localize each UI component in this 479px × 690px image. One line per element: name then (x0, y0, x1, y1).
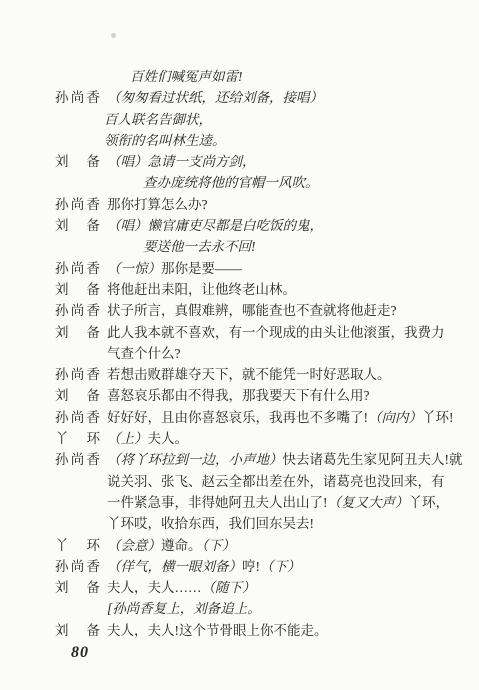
line-text: 要送他一去永不回! (55, 236, 440, 257)
dialogue-text: 丫环哎，收拾东西，我们回东吴去! (107, 516, 314, 531)
script-line: 孙尚香那你打算怎么办? (55, 194, 440, 215)
script-line: 刘 备此人我本就不喜欢，有一个现成的由头让他滚蛋，我费力 (55, 322, 440, 343)
line-text: （唱）懒官庸吏尽都是白吃饭的鬼， (107, 215, 440, 236)
script-line: 丫 环（会意）遵命。（下） (55, 535, 440, 556)
line-text: 查办庞统将他的官帽一风吹。 (55, 172, 440, 193)
dialogue-text: 遵命。 (161, 538, 202, 553)
line-text: 将他赶出耒阳，让他终老山林。 (107, 279, 440, 300)
script-line: 丫环哎，收拾东西，我们回东吴去! (55, 513, 440, 534)
dialogue-text: 好好好，且由你喜怒哀乐，我再也不多嘴了! (107, 410, 368, 425)
script-line: 孙尚香（匆匆看过状纸，还给刘备，接唱） (55, 87, 440, 108)
stage-direction: （唱） (107, 154, 148, 169)
dialogue-text: 那你打算怎么办? (107, 197, 208, 212)
script-line: 要送他一去永不回! (55, 236, 440, 257)
line-text: 百人联名告御状， (55, 109, 440, 130)
script-line: 刘 备（唱）急请一支尚方剑， (55, 151, 440, 172)
sung-lyric: 懒官庸吏尽都是白吃饭的鬼， (148, 218, 324, 233)
line-text: （唱）急请一支尚方剑， (107, 151, 440, 172)
script-line: 刘 备（唱）懒官庸吏尽都是白吃饭的鬼， (55, 215, 440, 236)
dialogue-text: 那你是要—— (161, 261, 242, 276)
speaker-name: 刘 备 (55, 620, 101, 641)
script-line: 查办庞统将他的官帽一风吹。 (55, 172, 440, 193)
line-text: [孙尚香复上，刘备追上。 (55, 598, 440, 619)
print-artifact (111, 33, 116, 38)
line-text: （佯气，横一眼刘备）哼!（下） (107, 556, 440, 577)
dialogue-text: 哼! (242, 559, 260, 574)
dialogue-text: 丫环， (409, 495, 450, 510)
sung-lyric: 要送他一去永不回! (143, 239, 256, 254)
line-text: 夫人，夫人!这个节骨眼上你不能走。 (107, 620, 440, 641)
line-text: 若想击败群雄夺天下，就不能凭一时好恶取人。 (107, 364, 440, 385)
stage-direction: （将丫环拉到一边，小声地） (107, 452, 283, 467)
dialogue-text: 夫人。 (148, 431, 189, 446)
dialogue-text: 夫人，夫人!这个节骨眼上你不能走。 (107, 623, 328, 638)
stage-direction: （复又大声） (328, 495, 409, 510)
script-line: 领衔的名叫林生逵。 (55, 130, 440, 151)
sung-lyric: 急请一支尚方剑， (148, 154, 256, 169)
stage-direction: [孙尚香复上，刘备追上。 (107, 601, 261, 616)
dialogue-text: 气查个什么? (107, 346, 181, 361)
sung-lyric: 查办庞统将他的官帽一风吹。 (143, 175, 319, 190)
speaker-name: 刘 备 (55, 322, 101, 343)
stage-direction: （下） (260, 559, 301, 574)
line-text: 那你打算怎么办? (107, 194, 440, 215)
speaker-name: 刘 备 (55, 215, 101, 236)
stage-direction: （匆匆看过状纸，还给刘备，接唱） (107, 90, 323, 105)
dialogue-text: 将他赶出耒阳，让他终老山林。 (107, 282, 296, 297)
script-line: [孙尚香复上，刘备追上。 (55, 598, 440, 619)
sung-lyric: 领衔的名叫林生逵。 (104, 133, 226, 148)
speaker-name: 孙尚香 (55, 364, 101, 385)
line-text: 一件紧急事，非得她阿丑夫人出山了!（复又大声）丫环， (55, 492, 449, 513)
dialogue-text: 说关羽、张飞、赵云全都出差在外，诸葛亮也没回来，有 (107, 474, 445, 489)
speaker-name: 孙尚香 (55, 87, 101, 108)
stage-direction: （上） (107, 431, 148, 446)
script-line: 孙尚香状子所言，真假难辨，哪能查也不查就将他赶走? (55, 300, 440, 321)
line-text: （一惊）那你是要—— (107, 258, 440, 279)
line-text: 状子所言，真假难辨，哪能查也不查就将他赶走? (107, 300, 440, 321)
page-number: 80 (71, 644, 89, 662)
line-text: 夫人，夫人……（随下） (107, 577, 440, 598)
dialogue-text: 快去诸葛先生家见阿丑夫人!就 (283, 452, 463, 467)
line-text: （匆匆看过状纸，还给刘备，接唱） (107, 87, 440, 108)
script-line: 刘 备夫人，夫人……（随下） (55, 577, 440, 598)
line-text: （会意）遵命。（下） (107, 535, 440, 556)
script-line: 刘 备喜怒哀乐都由不得我，那我要天下有什么用? (55, 385, 440, 406)
sung-lyric: 百姓们喊冤声如雷! (130, 69, 243, 84)
line-text: 好好好，且由你喜怒哀乐，我再也不多嘴了!（向内）丫环! (107, 407, 454, 428)
dialogue-text: 一件紧急事，非得她阿丑夫人出山了! (107, 495, 328, 510)
speaker-name: 孙尚香 (55, 556, 101, 577)
script-line: 刘 备将他赶出耒阳，让他终老山林。 (55, 279, 440, 300)
dialogue-text: 喜怒哀乐都由不得我，那我要天下有什么用? (107, 388, 370, 403)
script-line: 孙尚香（一惊）那你是要—— (55, 258, 440, 279)
speaker-name: 孙尚香 (55, 407, 101, 428)
dialogue-text: 状子所言，真假难辨，哪能查也不查就将他赶走? (107, 303, 397, 318)
stage-direction: （随下） (202, 580, 256, 595)
script-page: 百姓们喊冤声如雷!孙尚香（匆匆看过状纸，还给刘备，接唱）百人联名告御状，领衔的名… (55, 66, 440, 641)
line-text: 此人我本就不喜欢，有一个现成的由头让他滚蛋，我费力 (107, 322, 445, 343)
script-lines: 百姓们喊冤声如雷!孙尚香（匆匆看过状纸，还给刘备，接唱）百人联名告御状，领衔的名… (55, 66, 440, 641)
line-text: 领衔的名叫林生逵。 (55, 130, 440, 151)
script-line: 孙尚香好好好，且由你喜怒哀乐，我再也不多嘴了!（向内）丫环! (55, 407, 440, 428)
script-line: 气查个什么? (55, 343, 440, 364)
dialogue-text: 丫环! (422, 410, 454, 425)
script-line: 丫 环（上）夫人。 (55, 428, 440, 449)
line-text: 百姓们喊冤声如雷! (55, 66, 440, 87)
speaker-name: 刘 备 (55, 151, 101, 172)
speaker-name: 孙尚香 (55, 258, 101, 279)
speaker-name: 丫 环 (55, 428, 101, 449)
script-line: 孙尚香（佯气，横一眼刘备）哼!（下） (55, 556, 440, 577)
stage-direction: （向内） (368, 410, 422, 425)
line-text: 丫环哎，收拾东西，我们回东吴去! (55, 513, 440, 534)
line-text: （将丫环拉到一边，小声地）快去诸葛先生家见阿丑夫人!就 (107, 449, 463, 470)
script-line: 孙尚香若想击败群雄夺天下，就不能凭一时好恶取人。 (55, 364, 440, 385)
line-text: 喜怒哀乐都由不得我，那我要天下有什么用? (107, 385, 440, 406)
dialogue-text: 夫人，夫人…… (107, 580, 202, 595)
line-text: 说关羽、张飞、赵云全都出差在外，诸葛亮也没回来，有 (55, 471, 445, 492)
dialogue-text: 若想击败群雄夺天下，就不能凭一时好恶取人。 (107, 367, 391, 382)
speaker-name: 丫 环 (55, 535, 101, 556)
stage-direction: （唱） (107, 218, 148, 233)
dialogue-text: 此人我本就不喜欢，有一个现成的由头让他滚蛋，我费力 (107, 325, 445, 340)
script-line: 说关羽、张飞、赵云全都出差在外，诸葛亮也没回来，有 (55, 471, 440, 492)
script-line: 孙尚香（将丫环拉到一边，小声地）快去诸葛先生家见阿丑夫人!就 (55, 449, 440, 470)
stage-direction: （下） (202, 538, 236, 553)
sung-lyric: 百人联名告御状， (104, 112, 212, 127)
stage-direction: （佯气，横一眼刘备） (107, 559, 242, 574)
stage-direction: （一惊） (107, 261, 161, 276)
speaker-name: 刘 备 (55, 577, 101, 598)
speaker-name: 刘 备 (55, 279, 101, 300)
stage-direction: （会意） (107, 538, 161, 553)
script-line: 百人联名告御状， (55, 109, 440, 130)
script-line: 刘 备夫人，夫人!这个节骨眼上你不能走。 (55, 620, 440, 641)
speaker-name: 孙尚香 (55, 194, 101, 215)
script-line: 百姓们喊冤声如雷! (55, 66, 440, 87)
speaker-name: 孙尚香 (55, 300, 101, 321)
speaker-name: 刘 备 (55, 385, 101, 406)
speaker-name: 孙尚香 (55, 449, 101, 470)
line-text: 气查个什么? (55, 343, 440, 364)
script-line: 一件紧急事，非得她阿丑夫人出山了!（复又大声）丫环， (55, 492, 440, 513)
line-text: （上）夫人。 (107, 428, 440, 449)
